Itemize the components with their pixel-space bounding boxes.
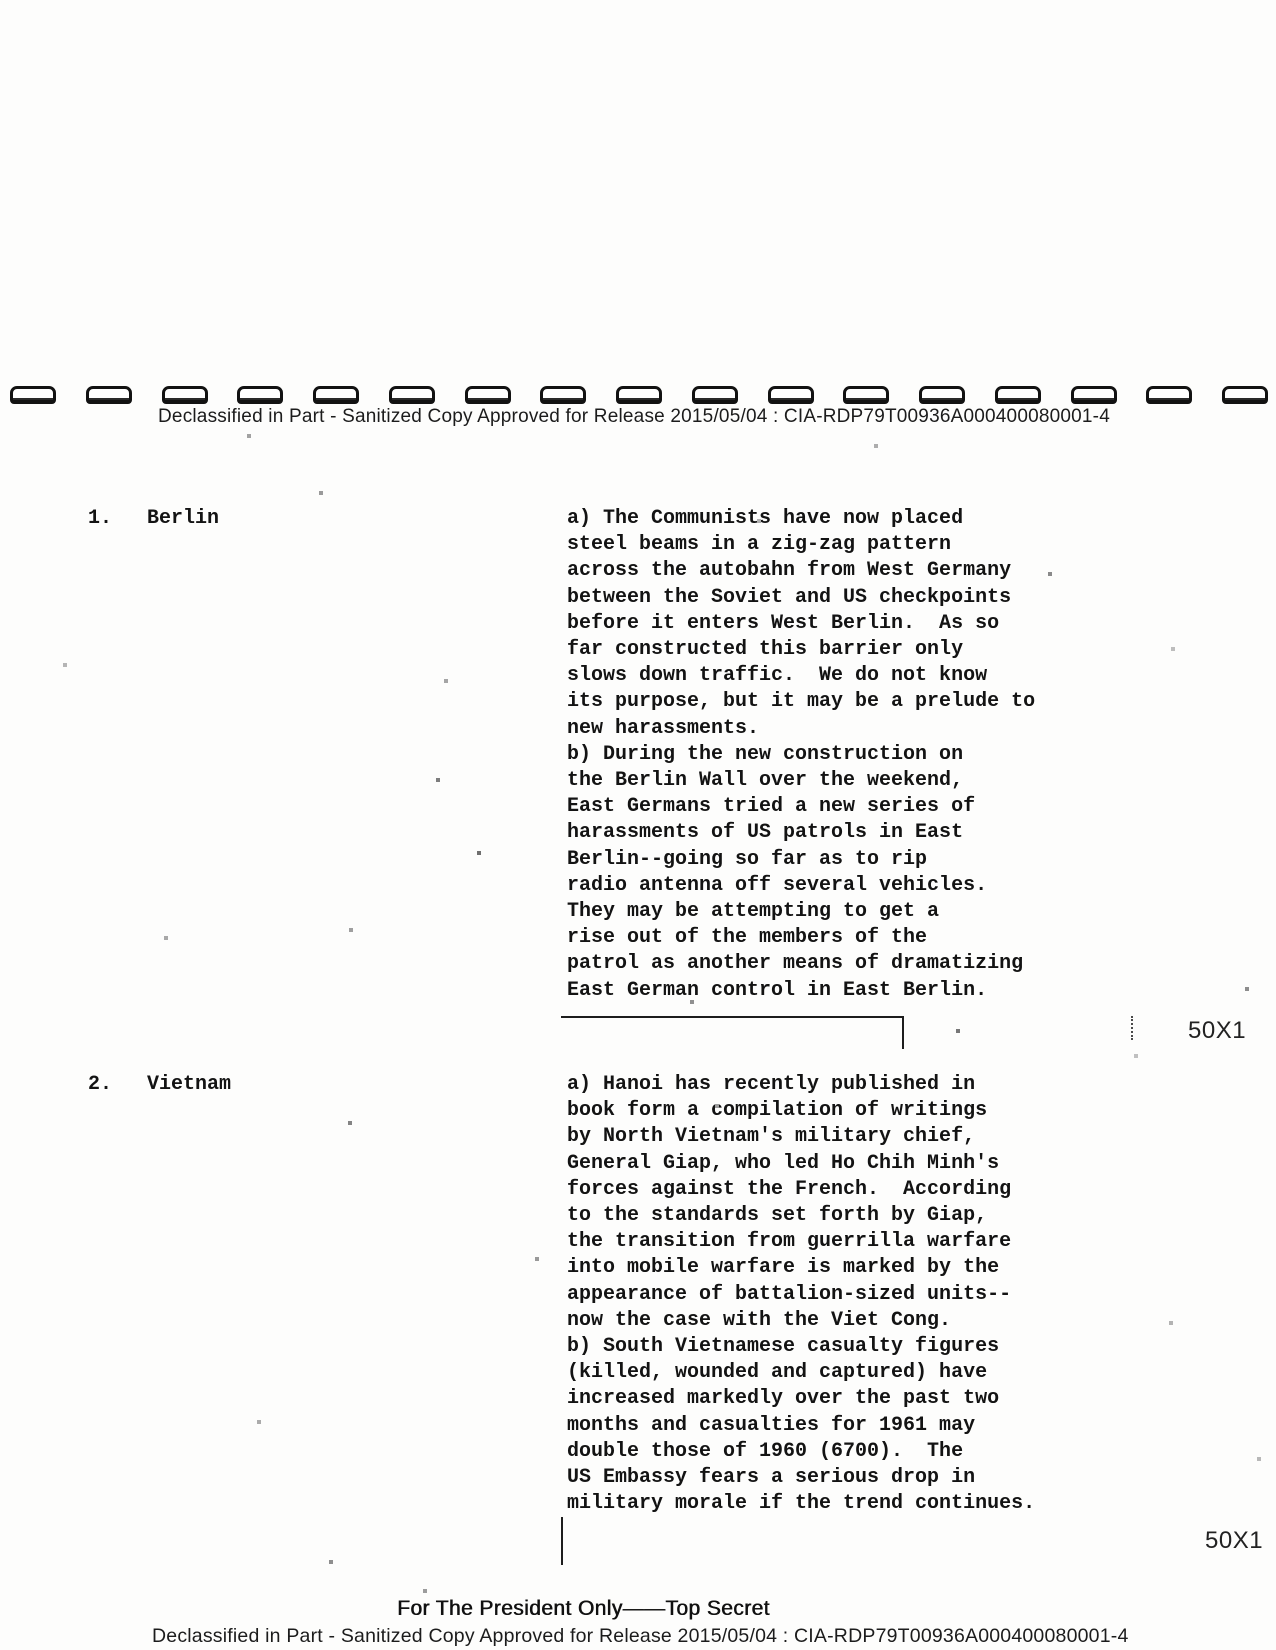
section-heading-berlin: 1. Berlin bbox=[88, 506, 328, 534]
binder-mark-icon bbox=[995, 386, 1041, 404]
binder-mark-icon bbox=[10, 386, 56, 404]
binder-mark-icon bbox=[919, 386, 965, 404]
binder-mark-icon bbox=[843, 386, 889, 404]
scan-noise-speckles bbox=[0, 0, 2, 2]
binder-mark-icon bbox=[237, 386, 283, 404]
section-number: 2. bbox=[88, 1072, 112, 1098]
binder-mark-icon bbox=[1222, 386, 1268, 404]
section-title: Berlin bbox=[147, 506, 219, 532]
classification-footer: For The President Only——Top Secret bbox=[397, 1597, 770, 1621]
section-title: Vietnam bbox=[147, 1072, 231, 1098]
declassification-stamp-top: Declassified in Part - Sanitized Copy Ap… bbox=[158, 406, 1110, 428]
binder-mark-icon bbox=[768, 386, 814, 404]
redaction-tick-line bbox=[561, 1517, 563, 1565]
redaction-bracket-line bbox=[561, 1016, 904, 1049]
margin-note-50x1-vietnam: 50X1 bbox=[1205, 1527, 1263, 1555]
section-heading-vietnam: 2. Vietnam bbox=[88, 1072, 328, 1100]
binder-mark-icon bbox=[389, 386, 435, 404]
binder-mark-icon bbox=[162, 386, 208, 404]
section-body-berlin: a) The Communists have now placed steel … bbox=[567, 506, 1167, 1004]
section-number: 1. bbox=[88, 506, 112, 532]
binder-mark-icon bbox=[313, 386, 359, 404]
binder-mark-icon bbox=[465, 386, 511, 404]
section-body-vietnam: a) Hanoi has recently published in book … bbox=[567, 1072, 1167, 1517]
binder-mark-icon bbox=[692, 386, 738, 404]
margin-note-50x1-berlin: 50X1 bbox=[1188, 1017, 1246, 1045]
scanned-document-page: Declassified in Part - Sanitized Copy Ap… bbox=[0, 0, 1276, 1650]
binder-mark-icon bbox=[540, 386, 586, 404]
binder-mark-icon bbox=[1071, 386, 1117, 404]
binder-hole-marks-row bbox=[10, 386, 1268, 408]
declassification-stamp-bottom: Declassified in Part - Sanitized Copy Ap… bbox=[152, 1625, 1129, 1648]
stray-scan-mark bbox=[1131, 1016, 1133, 1040]
binder-mark-icon bbox=[616, 386, 662, 404]
binder-mark-icon bbox=[1146, 386, 1192, 404]
binder-mark-icon bbox=[86, 386, 132, 404]
